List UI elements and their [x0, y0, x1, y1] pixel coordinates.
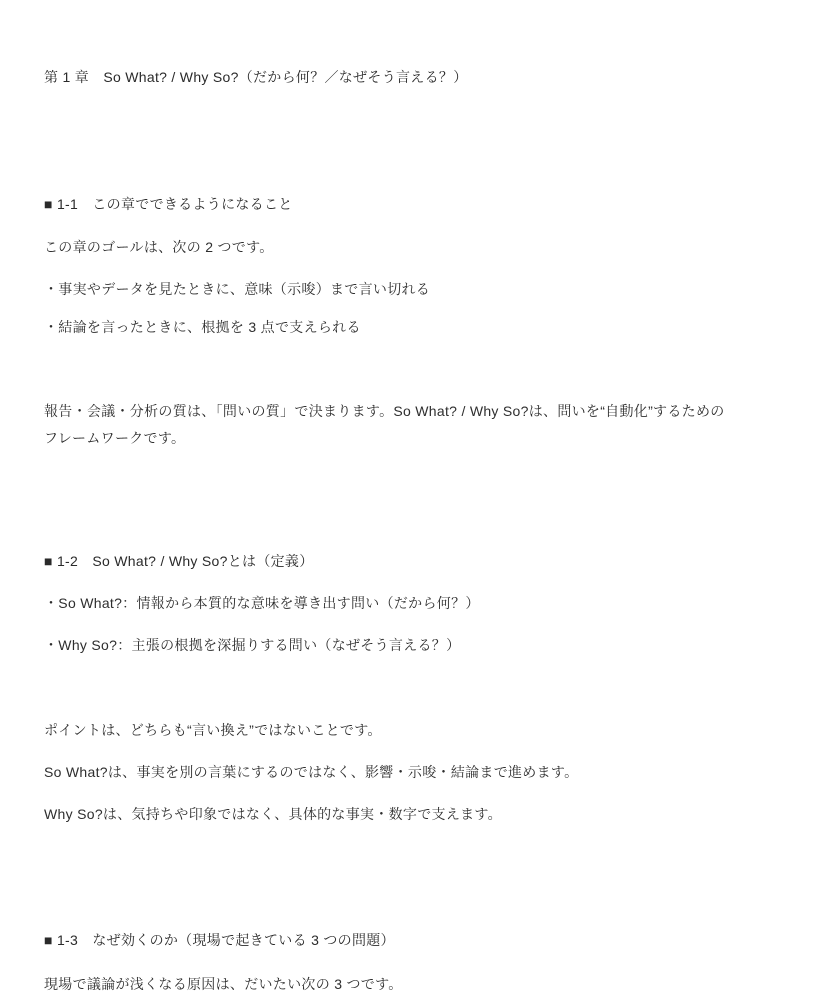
- goal-bullet-2: ・結論を言ったときに、根拠を 3 点で支えられる: [44, 320, 361, 334]
- horizontal-rule-top: ________________________________________…: [44, 24, 646, 38]
- section-heading-1-2: ■ 1-2 So What? / Why So?とは（定義）: [44, 554, 314, 568]
- problems-intro-paragraph: 現場で議論が浅くなる原因は、だいたい次の 3 つです。: [44, 977, 403, 991]
- definition-bullet-why-so: ・Why So?：主張の根拠を深掘りする問い（なぜそう言える？）: [44, 638, 460, 652]
- why-so-explanation-paragraph: Why So?は、気持ちや印象ではなく、具体的な事実・数字で支えます。: [44, 807, 502, 821]
- definition-bullet-so-what: ・So What?：情報から本質的な意味を導き出す問い（だから何？）: [44, 596, 480, 610]
- chapter-title: 第 1 章 So What? / Why So?（だから何？／なぜそう言える？）: [44, 70, 468, 84]
- framework-paragraph-line-1: 報告・会議・分析の質は、「問いの質」で決まります。So What? / Why …: [44, 404, 725, 418]
- section-1-1-goal-intro: この章のゴールは、次の 2 つです。: [44, 240, 274, 254]
- horizontal-rule-bottom: ________________________________________…: [44, 106, 648, 120]
- document-page: ________________________________________…: [0, 0, 824, 1003]
- goal-bullet-1: ・事実やデータを見たときに、意味（示唆）まで言い切れる: [44, 282, 430, 296]
- framework-paragraph-line-2: フレームワークです。: [44, 431, 185, 445]
- section-heading-1-1: ■ 1-1 この章でできるようになること: [44, 197, 293, 211]
- point-paragraph: ポイントは、どちらも“言い換え”ではないことです。: [44, 723, 382, 737]
- so-what-explanation-paragraph: So What?は、事実を別の言葉にするのではなく、影響・示唆・結論まで進めます…: [44, 765, 578, 779]
- section-heading-1-3: ■ 1-3 なぜ効くのか（現場で起きている 3 つの問題）: [44, 933, 395, 947]
